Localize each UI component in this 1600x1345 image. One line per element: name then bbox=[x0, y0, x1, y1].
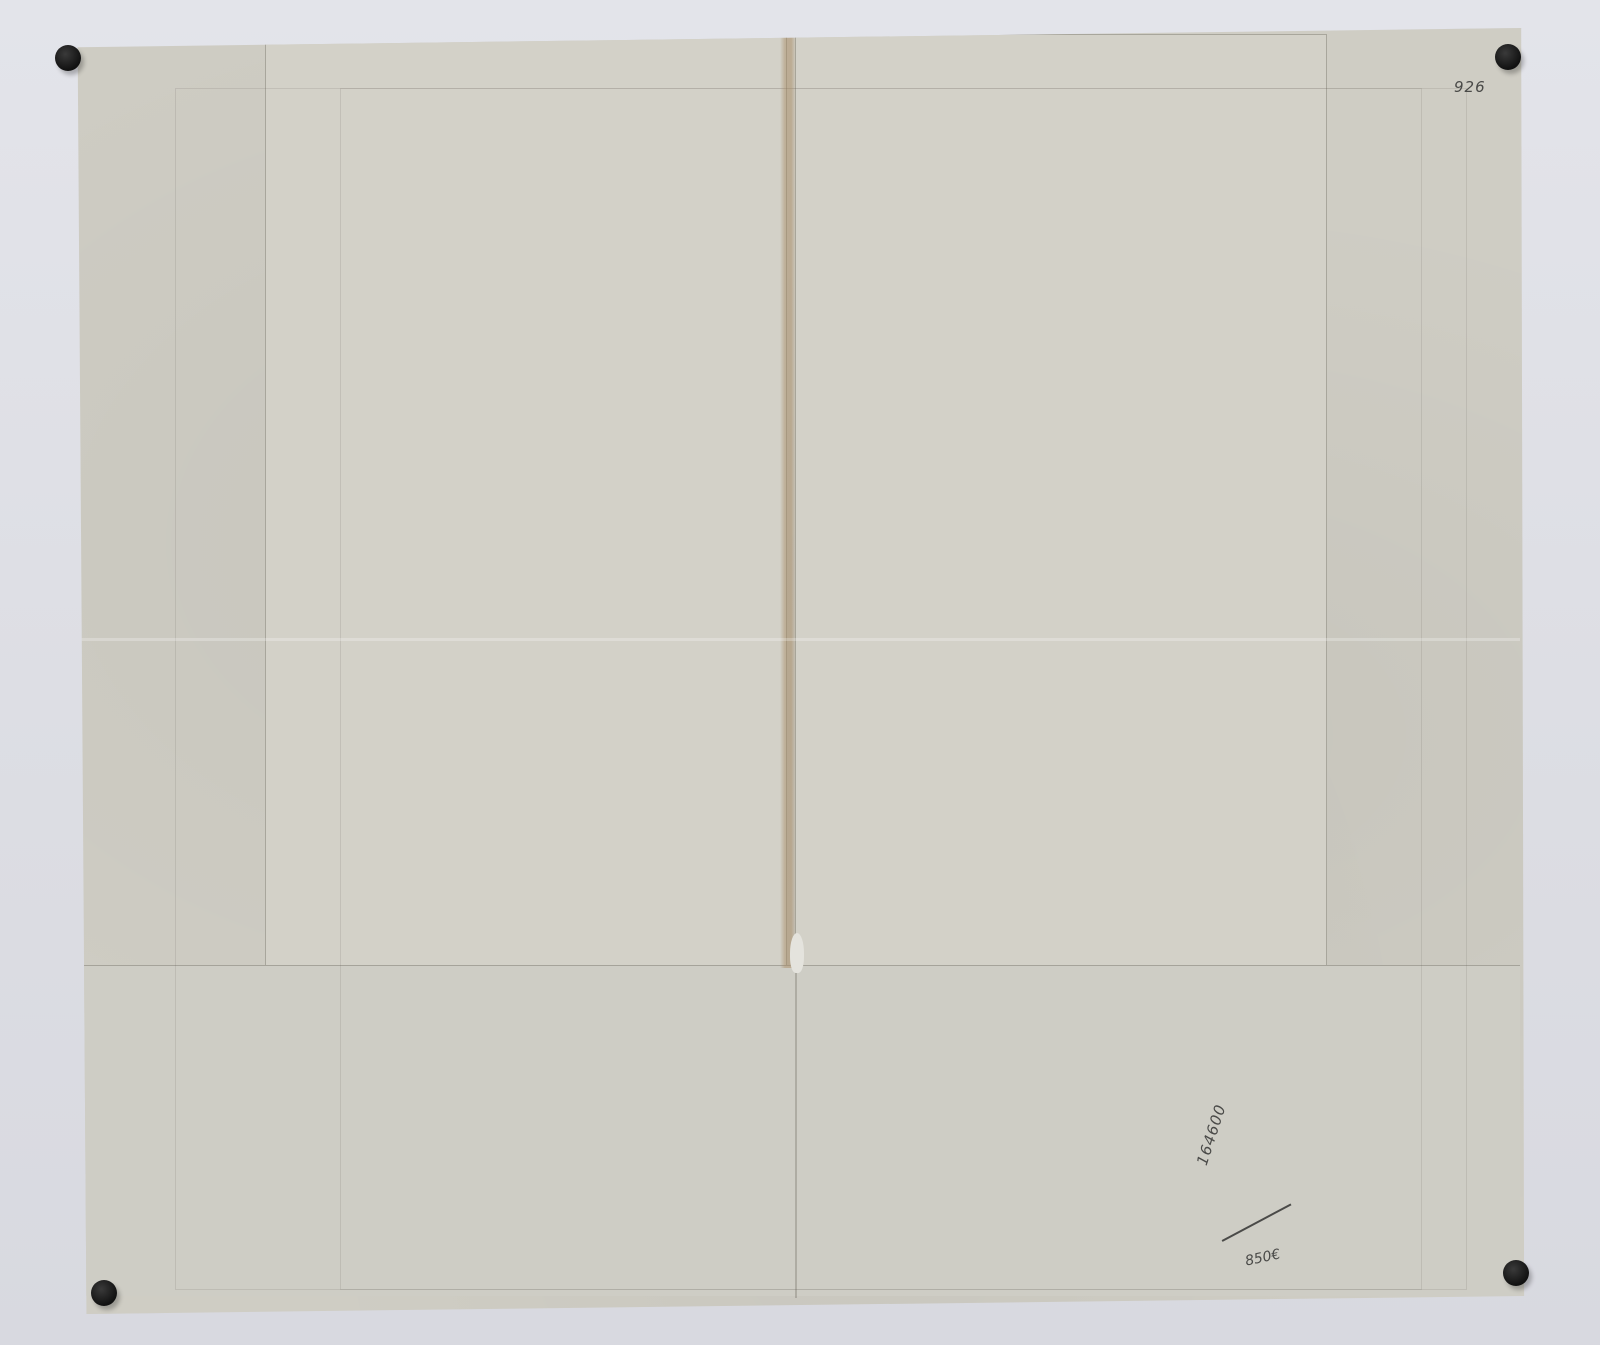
paper-sheet bbox=[60, 28, 1530, 1314]
magnet-icon-top-left bbox=[55, 45, 81, 71]
fold-tear bbox=[790, 933, 804, 973]
inner-platemark bbox=[340, 88, 1422, 1290]
magnet-icon-bottom-right bbox=[1503, 1260, 1529, 1286]
inventory-number: 926 bbox=[1454, 78, 1486, 96]
horizontal-fold bbox=[80, 638, 1520, 641]
center-fold-lower bbox=[795, 968, 797, 1298]
magnet-icon-bottom-left bbox=[91, 1280, 117, 1306]
center-fold-stain bbox=[780, 28, 796, 968]
magnet-icon-top-right bbox=[1495, 44, 1521, 70]
